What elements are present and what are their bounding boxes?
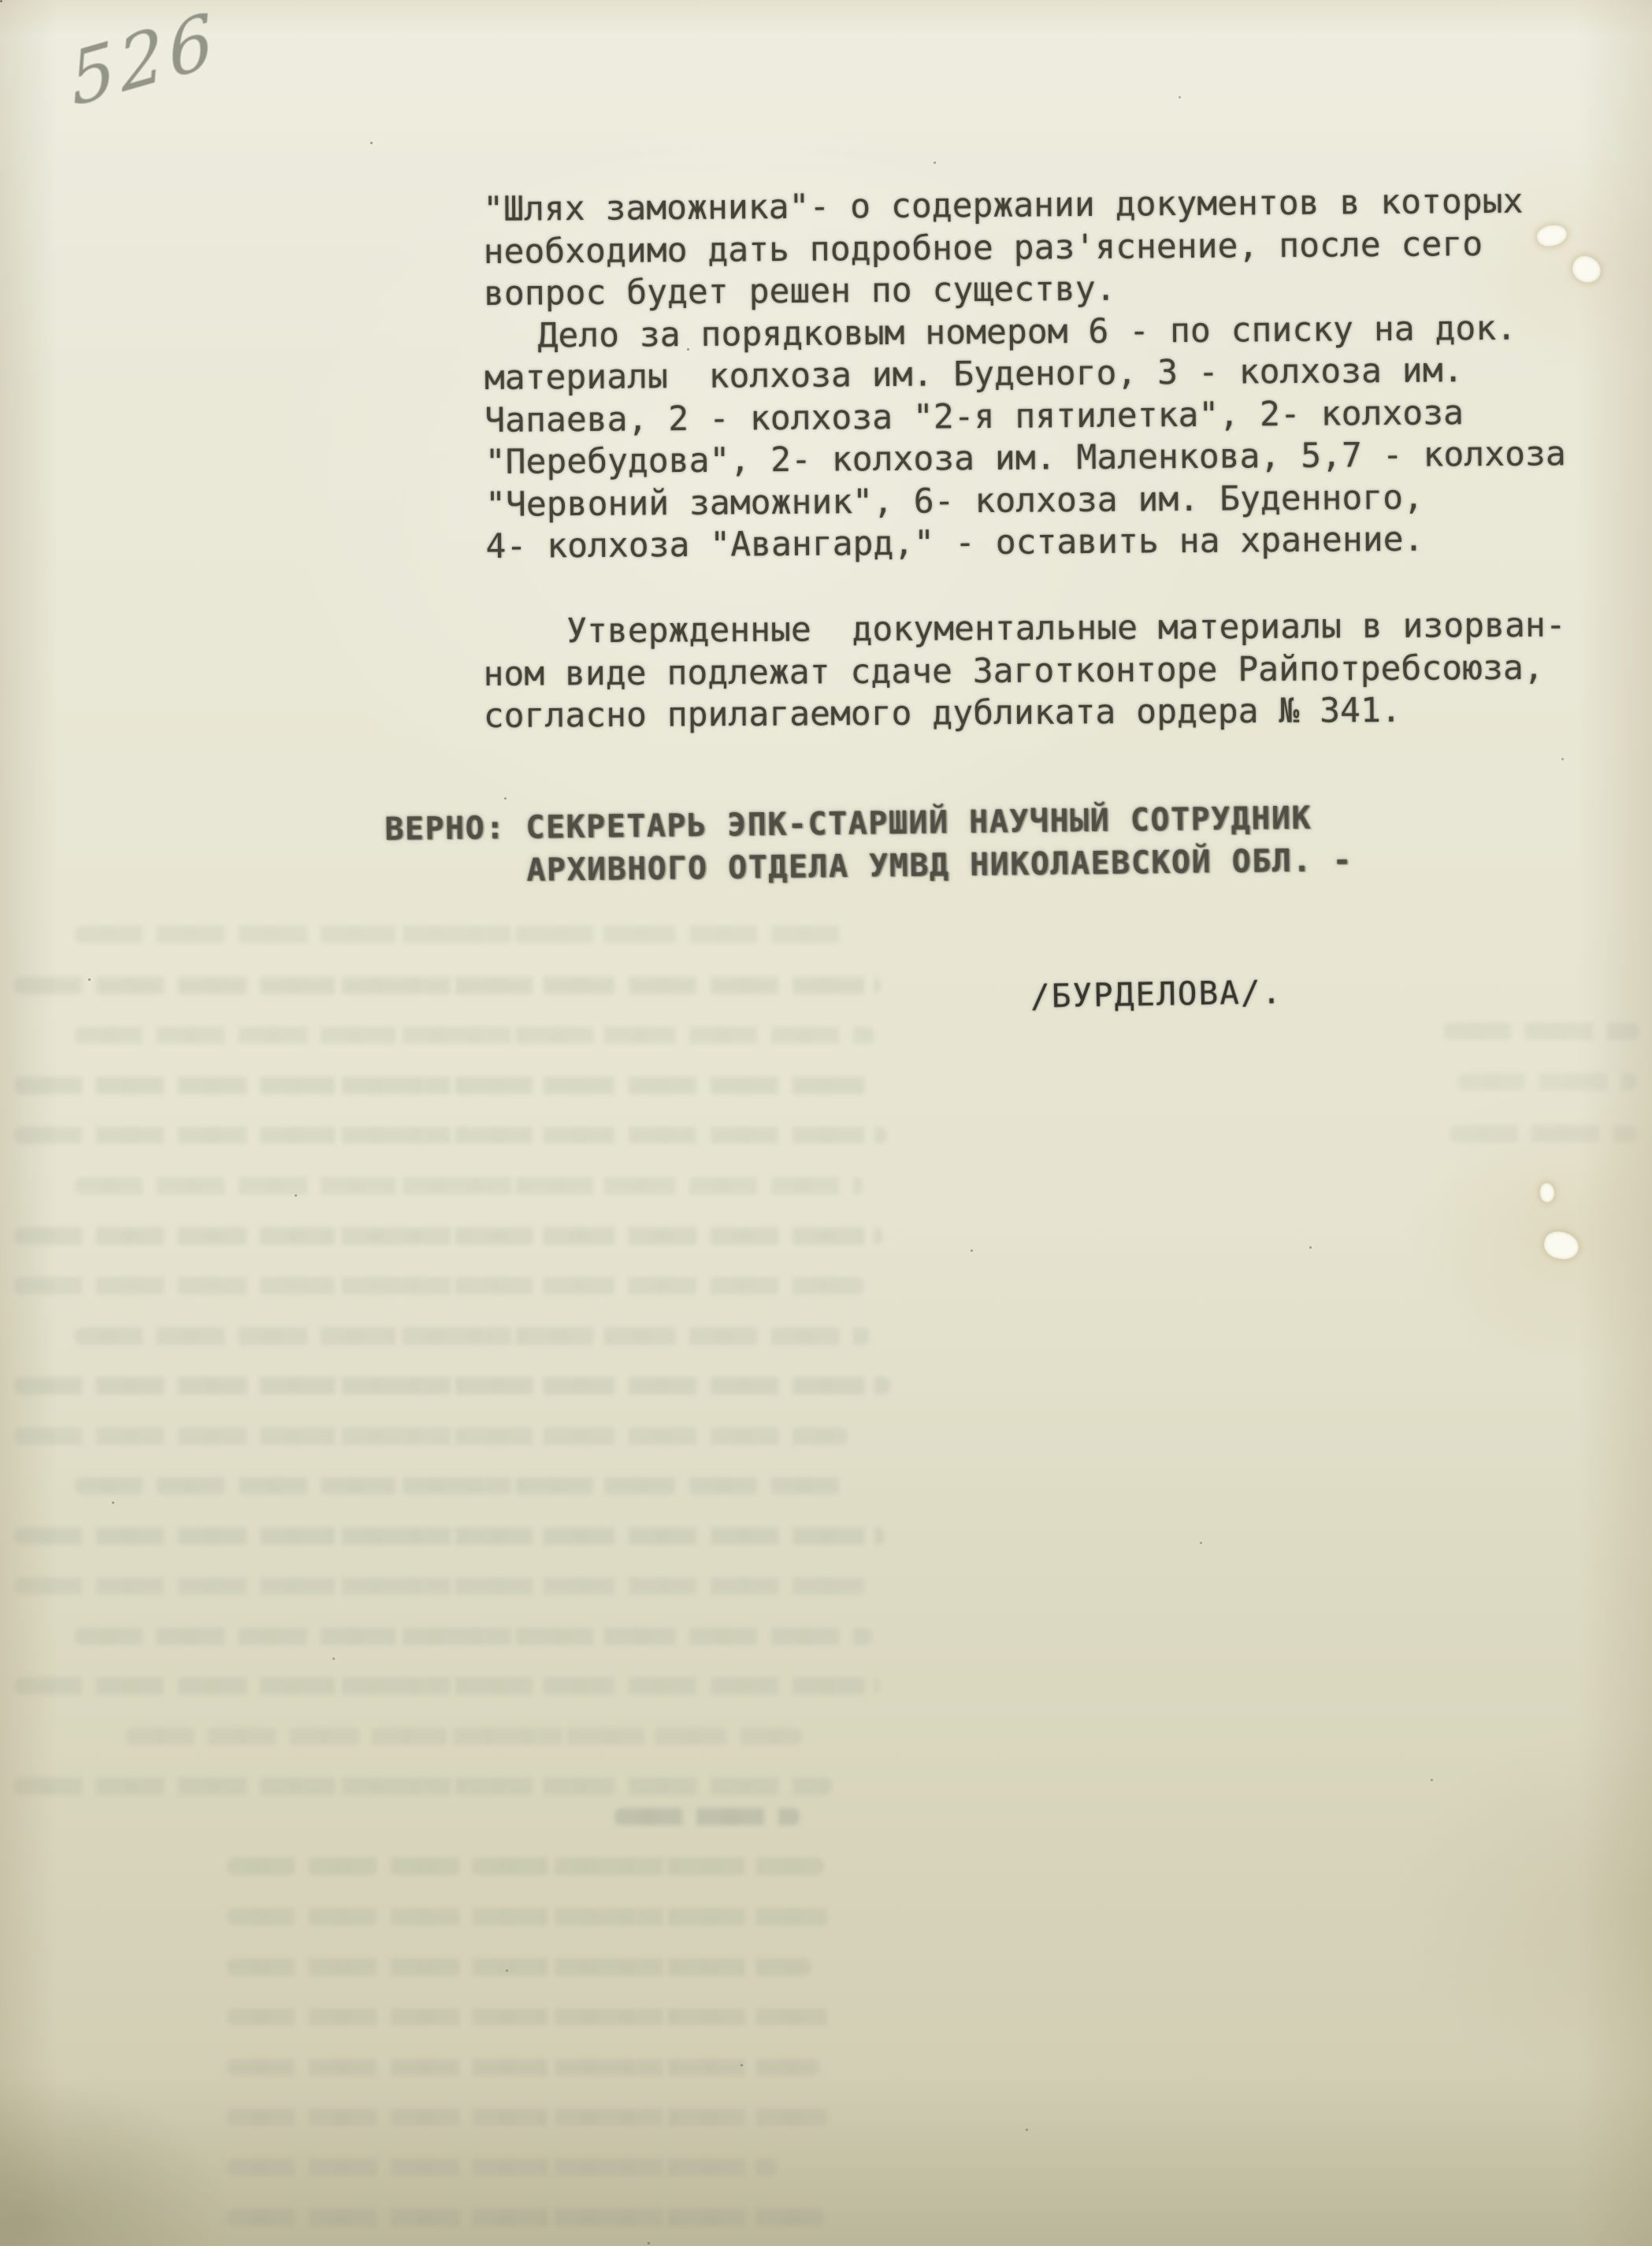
bleedthrough-line <box>227 1858 824 1875</box>
typed-line: согласно прилагаемого дубликата ордера №… <box>484 689 1567 738</box>
bleedthrough-line <box>227 2059 819 2076</box>
typed-line: Утвержденные документальные материалы в … <box>483 605 1566 654</box>
scanned-document-page: 526 "Шлях заможника"- о содержании докум… <box>0 0 1652 2246</box>
bleedthrough-line <box>614 1808 800 1825</box>
bleedthrough-line <box>14 977 881 994</box>
bleedthrough-line <box>75 1477 853 1494</box>
bleedthrough-line <box>14 1577 867 1594</box>
bleedthrough-line <box>227 2209 824 2226</box>
bleedthrough-line <box>1443 1023 1639 1040</box>
paper-damage-chip <box>1569 253 1605 286</box>
bleedthrough-line <box>1457 1073 1637 1090</box>
bleedthrough-line <box>126 1728 802 1745</box>
bleedthrough-line <box>14 1777 832 1795</box>
bleedthrough-line <box>75 1177 863 1194</box>
bleedthrough-line <box>1450 1125 1637 1142</box>
handwritten-page-number: 526 <box>66 0 221 123</box>
bleedthrough-line <box>14 1077 873 1094</box>
paper-damage-chip <box>1540 1183 1554 1202</box>
bleedthrough-line <box>75 1628 872 1645</box>
bleedthrough-line <box>14 1677 879 1695</box>
bleedthrough-line <box>227 1908 840 1925</box>
typed-line: 4- колхоза "Авангард," - оставить на хра… <box>485 518 1566 568</box>
bleedthrough-line <box>75 1327 869 1345</box>
typed-line: необходимо дать подробное раз'яснение, п… <box>483 223 1564 273</box>
certification-line-1: ВЕРНО: СЕКРЕТАРЬ ЭПК-СТАРШИЙ НАУЧНЫЙ СОТ… <box>384 800 1312 848</box>
bleedthrough-line <box>14 1427 848 1445</box>
paper-damage-chip <box>1542 1229 1580 1261</box>
bleedthrough-line <box>227 2008 832 2025</box>
certification-line-2: АРХИВНОГО ОТДЕЛА УМВД НИКОЛАЕВСКОЙ ОБЛ. … <box>526 842 1353 889</box>
paper-specks <box>0 0 2 2</box>
bleedthrough-line <box>227 2109 835 2126</box>
typed-paragraph-1: "Шлях заможника"- о содержании документо… <box>483 180 1567 568</box>
bleedthrough-line <box>14 1127 887 1144</box>
bleedthrough-line <box>75 1026 874 1044</box>
bleedthrough-line <box>14 1528 885 1545</box>
typed-paragraph-2: Утвержденные документальные материалы в … <box>483 605 1566 738</box>
typed-line: ном виде подлежат сдаче Заготконторе Рай… <box>483 647 1566 696</box>
bleedthrough-line <box>14 1277 863 1294</box>
bleedthrough-line <box>227 1958 811 1976</box>
bleedthrough-line <box>227 2159 777 2176</box>
bleedthrough-line <box>75 926 851 943</box>
bleedthrough-line <box>14 1227 882 1245</box>
bleedthrough-line <box>14 1377 890 1394</box>
signature-name: /БУРДЕЛОВА/. <box>1030 973 1283 1015</box>
